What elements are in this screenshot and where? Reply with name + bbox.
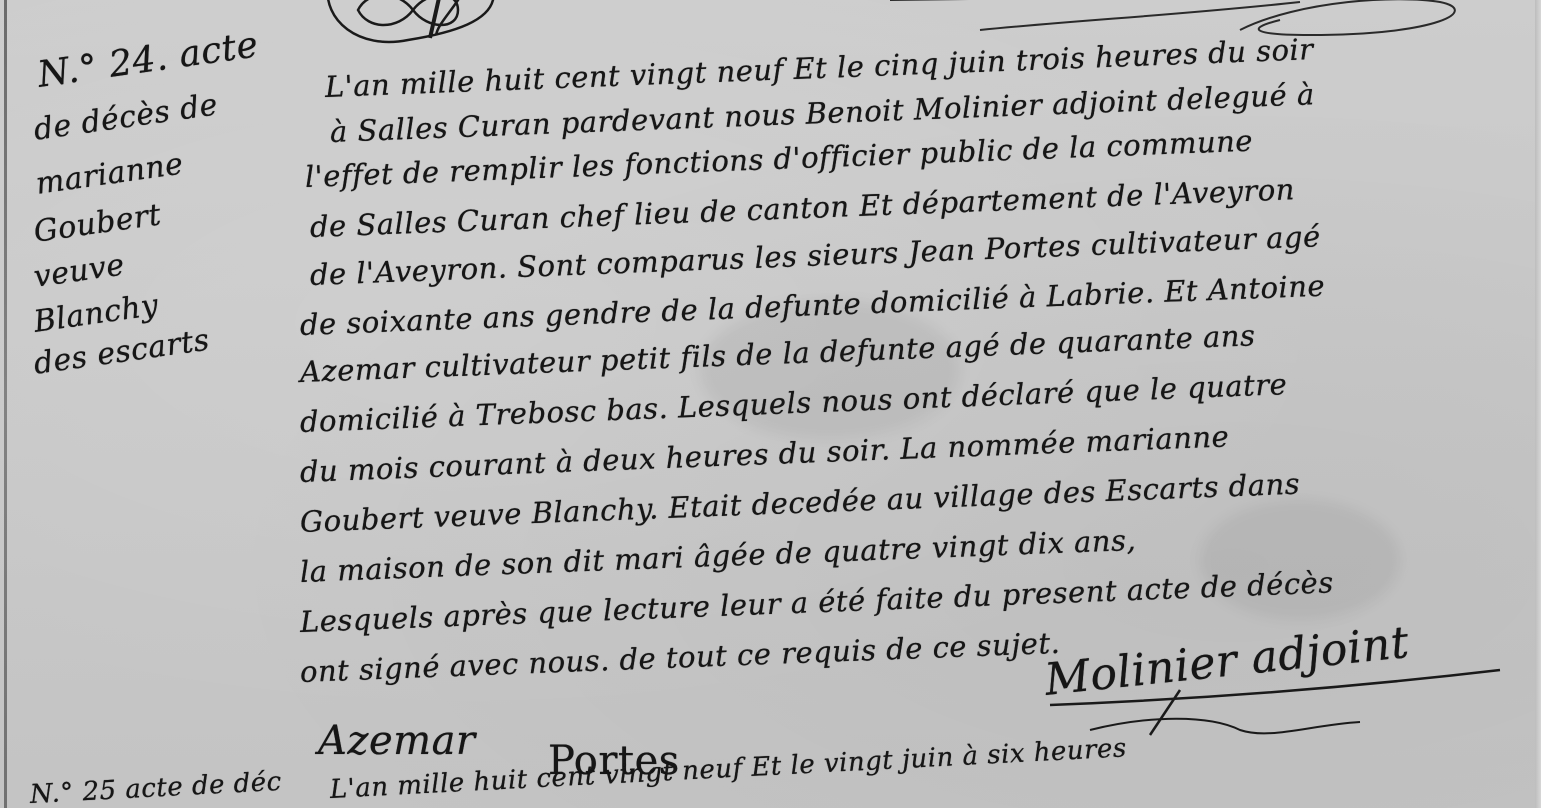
paraph-flourish-icon xyxy=(318,0,518,60)
interlinear-word: Azemar xyxy=(318,718,476,764)
margin-line: veuve xyxy=(32,247,127,294)
register-page: N.° 24. acte de décès de marianne Gouber… xyxy=(0,0,1541,808)
page-binding-edge xyxy=(4,0,7,808)
signature-underline-icon xyxy=(1030,630,1530,740)
margin-line: de décès de xyxy=(32,87,220,147)
margin-deceased-surname: Goubert xyxy=(32,197,164,250)
entry-line: ont signé avec nous. de tout ce requis d… xyxy=(299,626,1060,689)
next-margin-entry: N.° 25 acte de déc xyxy=(29,767,282,808)
margin-entry-number: N.° 24. acte xyxy=(35,24,261,96)
page-right-edge xyxy=(1535,0,1541,808)
margin-deceased-firstname: marianne xyxy=(34,146,186,201)
